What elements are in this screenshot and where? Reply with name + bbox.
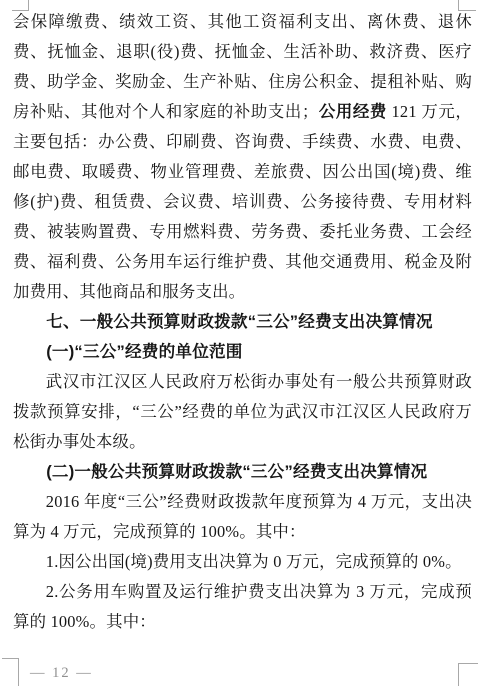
public-funds-list-text: 121 万元，主要包括：办公费、印刷费、咨询费、手续费、水费、电费、邮电费、取暖… (13, 102, 472, 301)
text-boundary-mark-bottom-left (2, 658, 19, 686)
paragraph-budget-summary: 2016 年度“三公”经费财政拨款年度预算为 4 万元，支出决算为 4 万元，完… (13, 487, 472, 547)
paragraph-item-official-vehicles: 2.公务用车购置及运行维护费支出决算为 3 万元，完成预算的 100%。其中： (13, 577, 472, 637)
document-body: 会保障缴费、绩效工资、其他工资福利支出、离休费、退休费、抚恤金、退职(役)费、抚… (13, 7, 472, 637)
page-number: — 12 — (30, 663, 93, 683)
paragraph-unit-scope: 武汉市江汉区人民政府万松街办事处有一般公共预算财政拨款预算安排，“三公”经费的单… (13, 367, 472, 457)
paragraph-item-overseas-travel: 1.因公出国(境)费用支出决算为 0 万元，完成预算的 0%。 (13, 547, 472, 577)
text-boundary-mark-bottom-right (458, 663, 478, 686)
heading-section-seven: 七、一般公共预算财政拨款“三公”经费支出决算情况 (13, 307, 472, 337)
public-funds-term: 公用经费 (318, 102, 386, 121)
paragraph-personnel-benefits: 会保障缴费、绩效工资、其他工资福利支出、离休费、退休费、抚恤金、退职(役)费、抚… (13, 7, 472, 307)
document-page: 会保障缴费、绩效工资、其他工资福利支出、离休费、退休费、抚恤金、退职(役)费、抚… (0, 0, 485, 692)
heading-subsection-one: (一)“三公”经费的单位范围 (13, 337, 472, 367)
heading-subsection-two: (二)一般公共预算财政拨款“三公”经费支出决算情况 (13, 457, 472, 487)
